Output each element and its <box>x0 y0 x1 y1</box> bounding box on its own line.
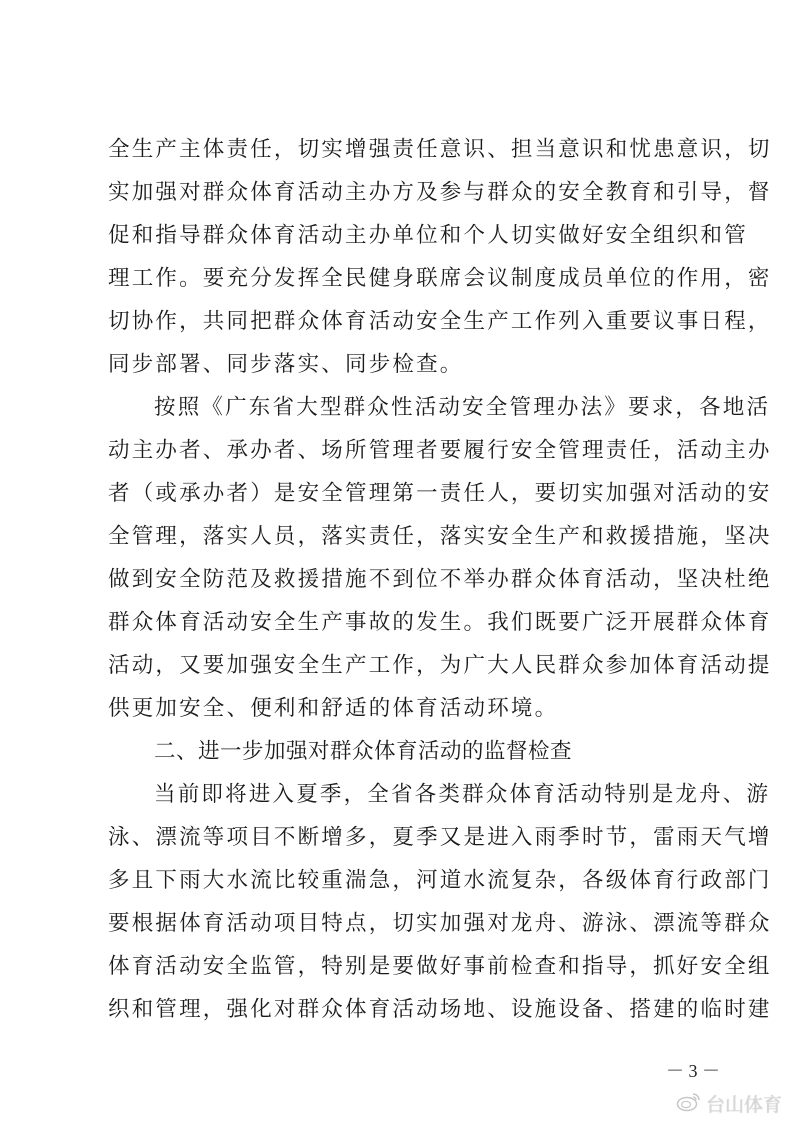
section-heading: 二、进一步加强对群众体育活动的监督检查 <box>108 730 698 773</box>
paragraph-safety-management: 按照《广东省大型群众性活动安全管理办法》要求，各地活 动主办者、承办者、场所管理… <box>108 386 698 730</box>
text-line: 活动，又要加强安全生产工作，为广大人民群众参加体育活动提 <box>108 644 698 687</box>
text-line: 做到安全防范及救援措施不到位不举办群众体育活动，坚决杜绝 <box>108 558 698 601</box>
text-line: 全管理，落实人员，落实责任，落实安全生产和救援措施，坚决 <box>108 515 698 558</box>
text-line: 要根据体育活动项目特点，切实加强对龙舟、游泳、漂流等群众 <box>108 902 698 945</box>
text-line: 多且下雨大水流比较重湍急，河道水流复杂，各级体育行政部门 <box>108 859 698 902</box>
text-line: 促和指导群众体育活动主办单位和个人切实做好安全组织和管 <box>108 214 698 257</box>
text-line: 全生产主体责任，切实增强责任意识、担当意识和忧患意识，切 <box>108 128 698 171</box>
text-line: 切协作，共同把群众体育活动安全生产工作列入重要议事日程， <box>108 300 698 343</box>
watermark-text: 台山体育 <box>706 1090 782 1117</box>
text-line: 者（或承办者）是安全管理第一责任人，要切实加强对活动的安 <box>108 472 698 515</box>
text-line: 泳、漂流等项目不断增多，夏季又是进入雨季时节，雷雨天气增 <box>108 816 698 859</box>
text-line: 同步部署、同步落实、同步检查。 <box>108 343 698 386</box>
text-line: 当前即将进入夏季，全省各类群众体育活动特别是龙舟、游 <box>108 773 698 816</box>
watermark: 台山体育 <box>676 1090 782 1117</box>
text-line: 供更加安全、便利和舒适的体育活动环境。 <box>108 687 698 730</box>
text-line: 实加强对群众体育活动主办方及参与群众的安全教育和引导，督 <box>108 171 698 214</box>
page-number: － 3 － <box>666 1057 720 1083</box>
text-line: 按照《广东省大型群众性活动安全管理办法》要求，各地活 <box>108 386 698 429</box>
text-line: 织和管理，强化对群众体育活动场地、设施设备、搭建的临时建 <box>108 988 698 1031</box>
text-line: 群众体育活动安全生产事故的发生。我们既要广泛开展群众体育 <box>108 601 698 644</box>
weibo-icon <box>676 1090 702 1117</box>
paragraph-continuation: 全生产主体责任，切实增强责任意识、担当意识和忧患意识，切 实加强对群众体育活动主… <box>108 128 698 386</box>
text-line: 体育活动安全监管，特别是要做好事前检查和指导，抓好安全组 <box>108 945 698 988</box>
document-page: 全生产主体责任，切实增强责任意识、担当意识和忧患意识，切 实加强对群众体育活动主… <box>108 128 698 1031</box>
text-line: 理工作。要充分发挥全民健身联席会议制度成员单位的作用，密 <box>108 257 698 300</box>
text-line: 动主办者、承办者、场所管理者要履行安全管理责任，活动主办 <box>108 429 698 472</box>
paragraph-summer-supervision: 当前即将进入夏季，全省各类群众体育活动特别是龙舟、游 泳、漂流等项目不断增多，夏… <box>108 773 698 1031</box>
